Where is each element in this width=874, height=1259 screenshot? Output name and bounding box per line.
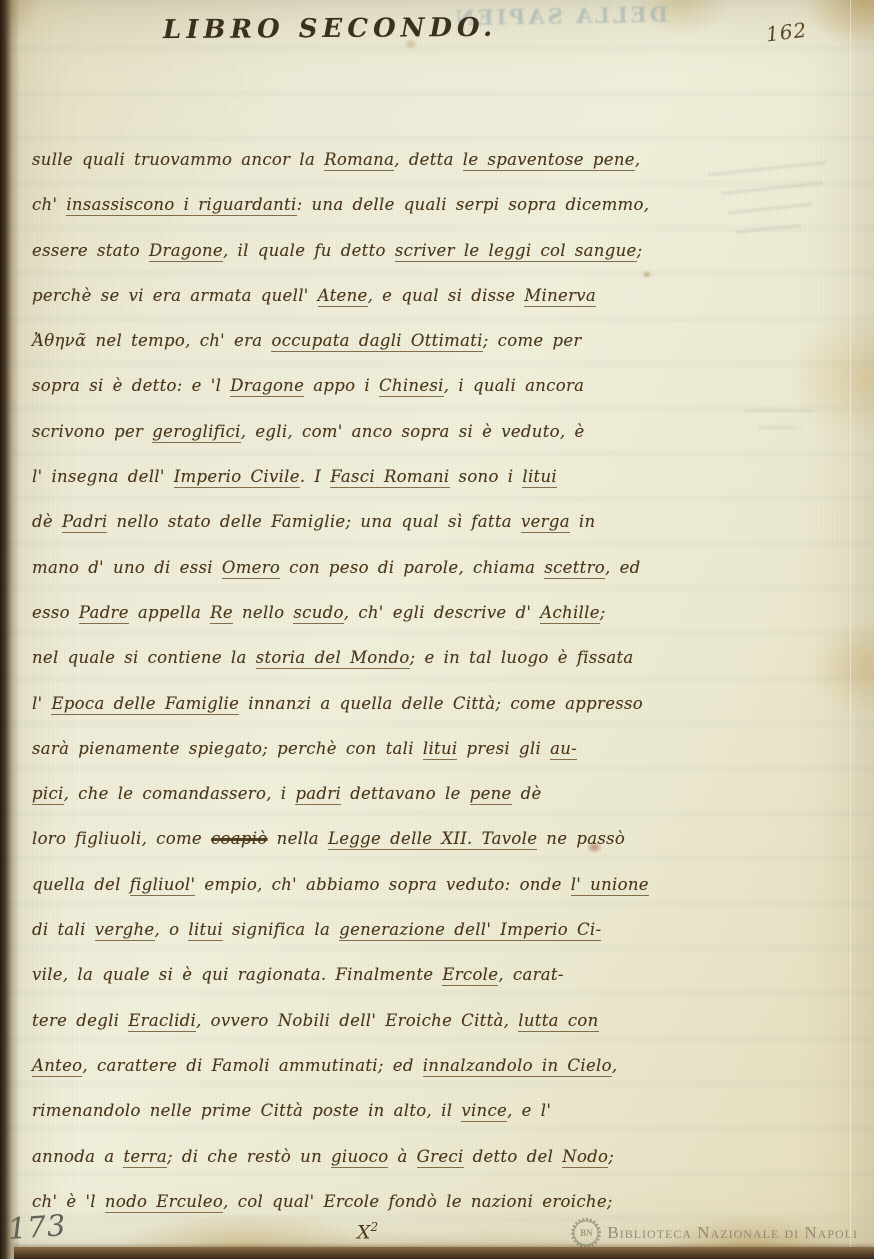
manuscript-line: scrivono per geroglifici, egli, com' anc… <box>32 422 822 467</box>
handwritten-text: l' <box>32 694 51 713</box>
catchword-sup: 2 <box>371 1220 379 1234</box>
handwritten-text: detto del <box>464 1147 563 1166</box>
handwritten-text: nello <box>233 603 293 622</box>
underlined-text: Re <box>210 603 233 624</box>
underlined-text: lutta con <box>518 1011 598 1032</box>
underlined-text: Achille <box>540 603 599 624</box>
underlined-text: litui <box>522 467 557 488</box>
manuscript-line: sulle quali truovammo ancor la Romana, d… <box>32 150 822 195</box>
book-gutter-left <box>0 0 20 1259</box>
underlined-text: litui <box>188 920 223 941</box>
underlined-text: Legge delle XII. Tavole <box>328 829 537 850</box>
underlined-text: Anteo <box>32 1056 82 1077</box>
handwritten-text: rimenandolo nelle prime Città poste in a… <box>32 1101 461 1120</box>
underlined-text: insassiscono i riguardanti <box>66 195 296 216</box>
handwritten-text: ne passò <box>537 829 625 848</box>
handwritten-text: nello stato delle Famiglie; una qual sì … <box>107 512 521 531</box>
handwritten-text: loro figliuoli, come <box>32 829 211 848</box>
handwritten-text: esso <box>32 603 79 622</box>
underlined-text: pene <box>470 784 512 805</box>
underlined-text: terra <box>123 1147 167 1168</box>
handwritten-text: sarà pienamente spiegato; perchè con tal… <box>32 739 423 758</box>
underlined-text: Dragone <box>149 241 223 262</box>
handwritten-text: ; <box>637 241 643 260</box>
handwritten-text: sono i <box>450 467 523 486</box>
handwritten-text: , egli, com' anco sopra si è veduto, è <box>241 422 585 441</box>
handwritten-text: tere degli <box>32 1011 128 1030</box>
manuscript-line: dè Padri nello stato delle Famiglie; una… <box>32 512 822 557</box>
catchword-base: X <box>357 1221 371 1243</box>
manuscript-line: sarà pienamente spiegato; perchè con tal… <box>32 739 822 784</box>
handwritten-text: , il quale fu detto <box>223 241 395 260</box>
manuscript-line: essere stato Dragone, il quale fu detto … <box>32 241 822 286</box>
underlined-text: scettro <box>544 558 605 579</box>
underlined-text: padri <box>295 784 341 805</box>
handwritten-text: mano d' uno di essi <box>32 558 222 577</box>
manuscript-line: sopra si è detto: e 'l Dragone appo i Ch… <box>32 376 822 421</box>
underlined-text: vince <box>461 1101 507 1122</box>
bn-monogram-icon: BN <box>571 1218 601 1248</box>
manuscript-line: perchè se vi era armata quell' Atene, e … <box>32 286 822 331</box>
manuscript-page: DELLA SAPIEN LIBRO SECONDO. 162 sulle qu… <box>0 0 874 1259</box>
handwritten-text: significa la <box>223 920 339 939</box>
handwritten-text: sopra si è detto: e 'l <box>32 376 230 395</box>
handwritten-text: empio, ch' abbiamo sopra veduto: onde <box>195 875 570 894</box>
handwritten-text: à <box>388 1147 416 1166</box>
handwritten-text: perchè se vi era armata quell' <box>32 286 318 305</box>
catchword: X2 <box>357 1220 378 1243</box>
underlined-text: Minerva <box>524 286 596 307</box>
book-bottom-edge <box>14 1247 874 1259</box>
underlined-text: Omero <box>222 558 280 579</box>
underlined-text: generazione dell' Imperio Ci- <box>339 920 601 941</box>
manuscript-line: esso Padre appella Re nello scudo, ch' e… <box>32 603 822 648</box>
manuscript-line: di tali verghe, o litui significa la gen… <box>32 920 822 965</box>
handwritten-text: , i quali ancora <box>444 376 585 395</box>
handwritten-text: , <box>635 150 641 169</box>
underlined-text: verghe <box>95 920 155 941</box>
handwritten-text: con peso di parole, chiama <box>280 558 544 577</box>
underlined-text: Nodo <box>562 1147 608 1168</box>
handwritten-text: ; e in tal luogo è fissata <box>410 648 634 667</box>
handwritten-text: nella <box>268 829 328 848</box>
handwritten-text: , che le comandassero, i <box>64 784 296 803</box>
handwritten-text: , col qual' Ercole fondò le nazioni eroi… <box>223 1192 613 1211</box>
manuscript-line: annoda a terra; di che restò un giuoco à… <box>32 1147 822 1192</box>
manuscript-line: tere degli Eraclidi, ovvero Nobili dell'… <box>32 1011 822 1056</box>
library-stamp: BN Biblioteca Nazionale di Napoli <box>571 1218 858 1248</box>
underlined-text: Eraclidi <box>128 1011 196 1032</box>
manuscript-line: Ἀθηνᾶ nel tempo, ch' era occupata dagli … <box>32 331 822 376</box>
handwritten-text: innanzi a quella delle Città; come appre… <box>239 694 643 713</box>
underlined-text: au- <box>550 739 577 760</box>
handwritten-text: ; di che restò un <box>167 1147 331 1166</box>
underlined-text: Imperio Civile <box>174 467 300 488</box>
handwritten-text: annoda a <box>32 1147 123 1166</box>
handwritten-text: vile, la quale si è qui ragionata. Final… <box>32 965 442 984</box>
handwritten-text: quella del <box>32 875 130 894</box>
underlined-text: litui <box>423 739 458 760</box>
handwritten-text: . I <box>300 467 330 486</box>
handwritten-text: sulle quali truovammo ancor la <box>32 150 324 169</box>
handwritten-text: : una delle quali serpi sopra dicemmo, <box>297 195 650 214</box>
underlined-text: scriver le leggi col sangue <box>395 241 637 262</box>
handwritten-text: dè <box>512 784 542 803</box>
underlined-text: geroglifici <box>152 422 240 443</box>
underlined-text: figliuol' <box>130 875 196 896</box>
manuscript-line: l' insegna dell' Imperio Civile. I Fasci… <box>32 467 822 512</box>
handwritten-text: , <box>612 1056 618 1075</box>
underlined-text: giuoco <box>331 1147 388 1168</box>
handwritten-text: essere stato <box>32 241 149 260</box>
underlined-text: Greci <box>417 1147 464 1168</box>
underlined-text: pici <box>32 784 64 805</box>
underlined-text: Padri <box>62 512 107 533</box>
handwritten-text: , carattere di Famoli ammutinati; ed <box>82 1056 422 1075</box>
manuscript-line: quella del figliuol' empio, ch' abbiamo … <box>32 875 822 920</box>
page-title: LIBRO SECONDO. <box>163 13 497 45</box>
manuscript-lines: sulle quali truovammo ancor la Romana, d… <box>32 150 822 1237</box>
manuscript-line: rimenandolo nelle prime Città poste in a… <box>32 1101 822 1146</box>
handwritten-text: , o <box>155 920 189 939</box>
underlined-text: storia del Mondo <box>256 648 410 669</box>
handwritten-text: ch' <box>32 195 66 214</box>
handwritten-text: , ovvero Nobili dell' Eroiche Città, <box>196 1011 518 1030</box>
underlined-text: occupata dagli Ottimati <box>271 331 482 352</box>
handwritten-text: appella <box>129 603 210 622</box>
manuscript-line: loro figliuoli, come coapiò nella Legge … <box>32 829 822 874</box>
handwritten-text: ; come per <box>483 331 582 350</box>
manuscript-line: nel quale si contiene la storia del Mond… <box>32 648 822 693</box>
handwritten-text: dè <box>32 512 62 531</box>
handwritten-text: ; <box>600 603 606 622</box>
manuscript-line: ch' insassiscono i riguardanti: una dell… <box>32 195 822 240</box>
handwritten-text: Ἀθηνᾶ nel tempo, ch' era <box>32 331 271 350</box>
underlined-text: scudo <box>293 603 343 624</box>
handwritten-text: dettavano le <box>341 784 470 803</box>
underlined-text: Dragone <box>230 376 304 397</box>
underlined-text: verga <box>521 512 570 533</box>
handwritten-text: nel quale si contiene la <box>32 648 256 667</box>
handwritten-text: ; <box>608 1147 614 1166</box>
handwritten-text: scrivono per <box>32 422 152 441</box>
handwritten-text: , carat- <box>498 965 563 984</box>
struck-text: coapiò <box>211 829 268 848</box>
handwritten-text: ch' è 'l <box>32 1192 105 1211</box>
underlined-text: Chinesi <box>379 376 444 397</box>
underlined-text: nodo Erculeo <box>105 1192 223 1213</box>
manuscript-line: l' Epoca delle Famiglie innanzi a quella… <box>32 694 822 739</box>
handwritten-text: l' insegna dell' <box>32 467 174 486</box>
handwritten-text: di tali <box>32 920 95 939</box>
underlined-text: Padre <box>79 603 129 624</box>
underlined-text: Fasci Romani <box>330 467 449 488</box>
handwritten-text: , ed <box>605 558 641 577</box>
manuscript-line: vile, la quale si è qui ragionata. Final… <box>32 965 822 1010</box>
underlined-text: Atene <box>318 286 368 307</box>
underlined-text: innalzandolo in Cielo <box>423 1056 612 1077</box>
underlined-text: le spaventose pene <box>463 150 635 171</box>
handwritten-text: , ch' egli descrive d' <box>344 603 541 622</box>
manuscript-line: pici, che le comandassero, i padri detta… <box>32 784 822 829</box>
underlined-text: Epoca delle Famiglie <box>51 694 239 715</box>
manuscript-line: mano d' uno di essi Omero con peso di pa… <box>32 558 822 603</box>
underlined-text: l' unione <box>571 875 649 896</box>
library-stamp-label: Biblioteca Nazionale di Napoli <box>607 1223 858 1243</box>
manuscript-line: Anteo, carattere di Famoli ammutinati; e… <box>32 1056 822 1101</box>
handwritten-text: , e qual si disse <box>368 286 525 305</box>
underlined-text: Romana <box>324 150 394 171</box>
handwritten-text: presi gli <box>457 739 550 758</box>
handwritten-text: in <box>570 512 596 531</box>
page-number: 162 <box>765 18 809 47</box>
handwritten-text: , detta <box>394 150 463 169</box>
handwritten-text: appo i <box>304 376 379 395</box>
book-fore-edge <box>850 0 874 1259</box>
handwritten-text: , e l' <box>507 1101 551 1120</box>
underlined-text: Ercole <box>442 965 498 986</box>
